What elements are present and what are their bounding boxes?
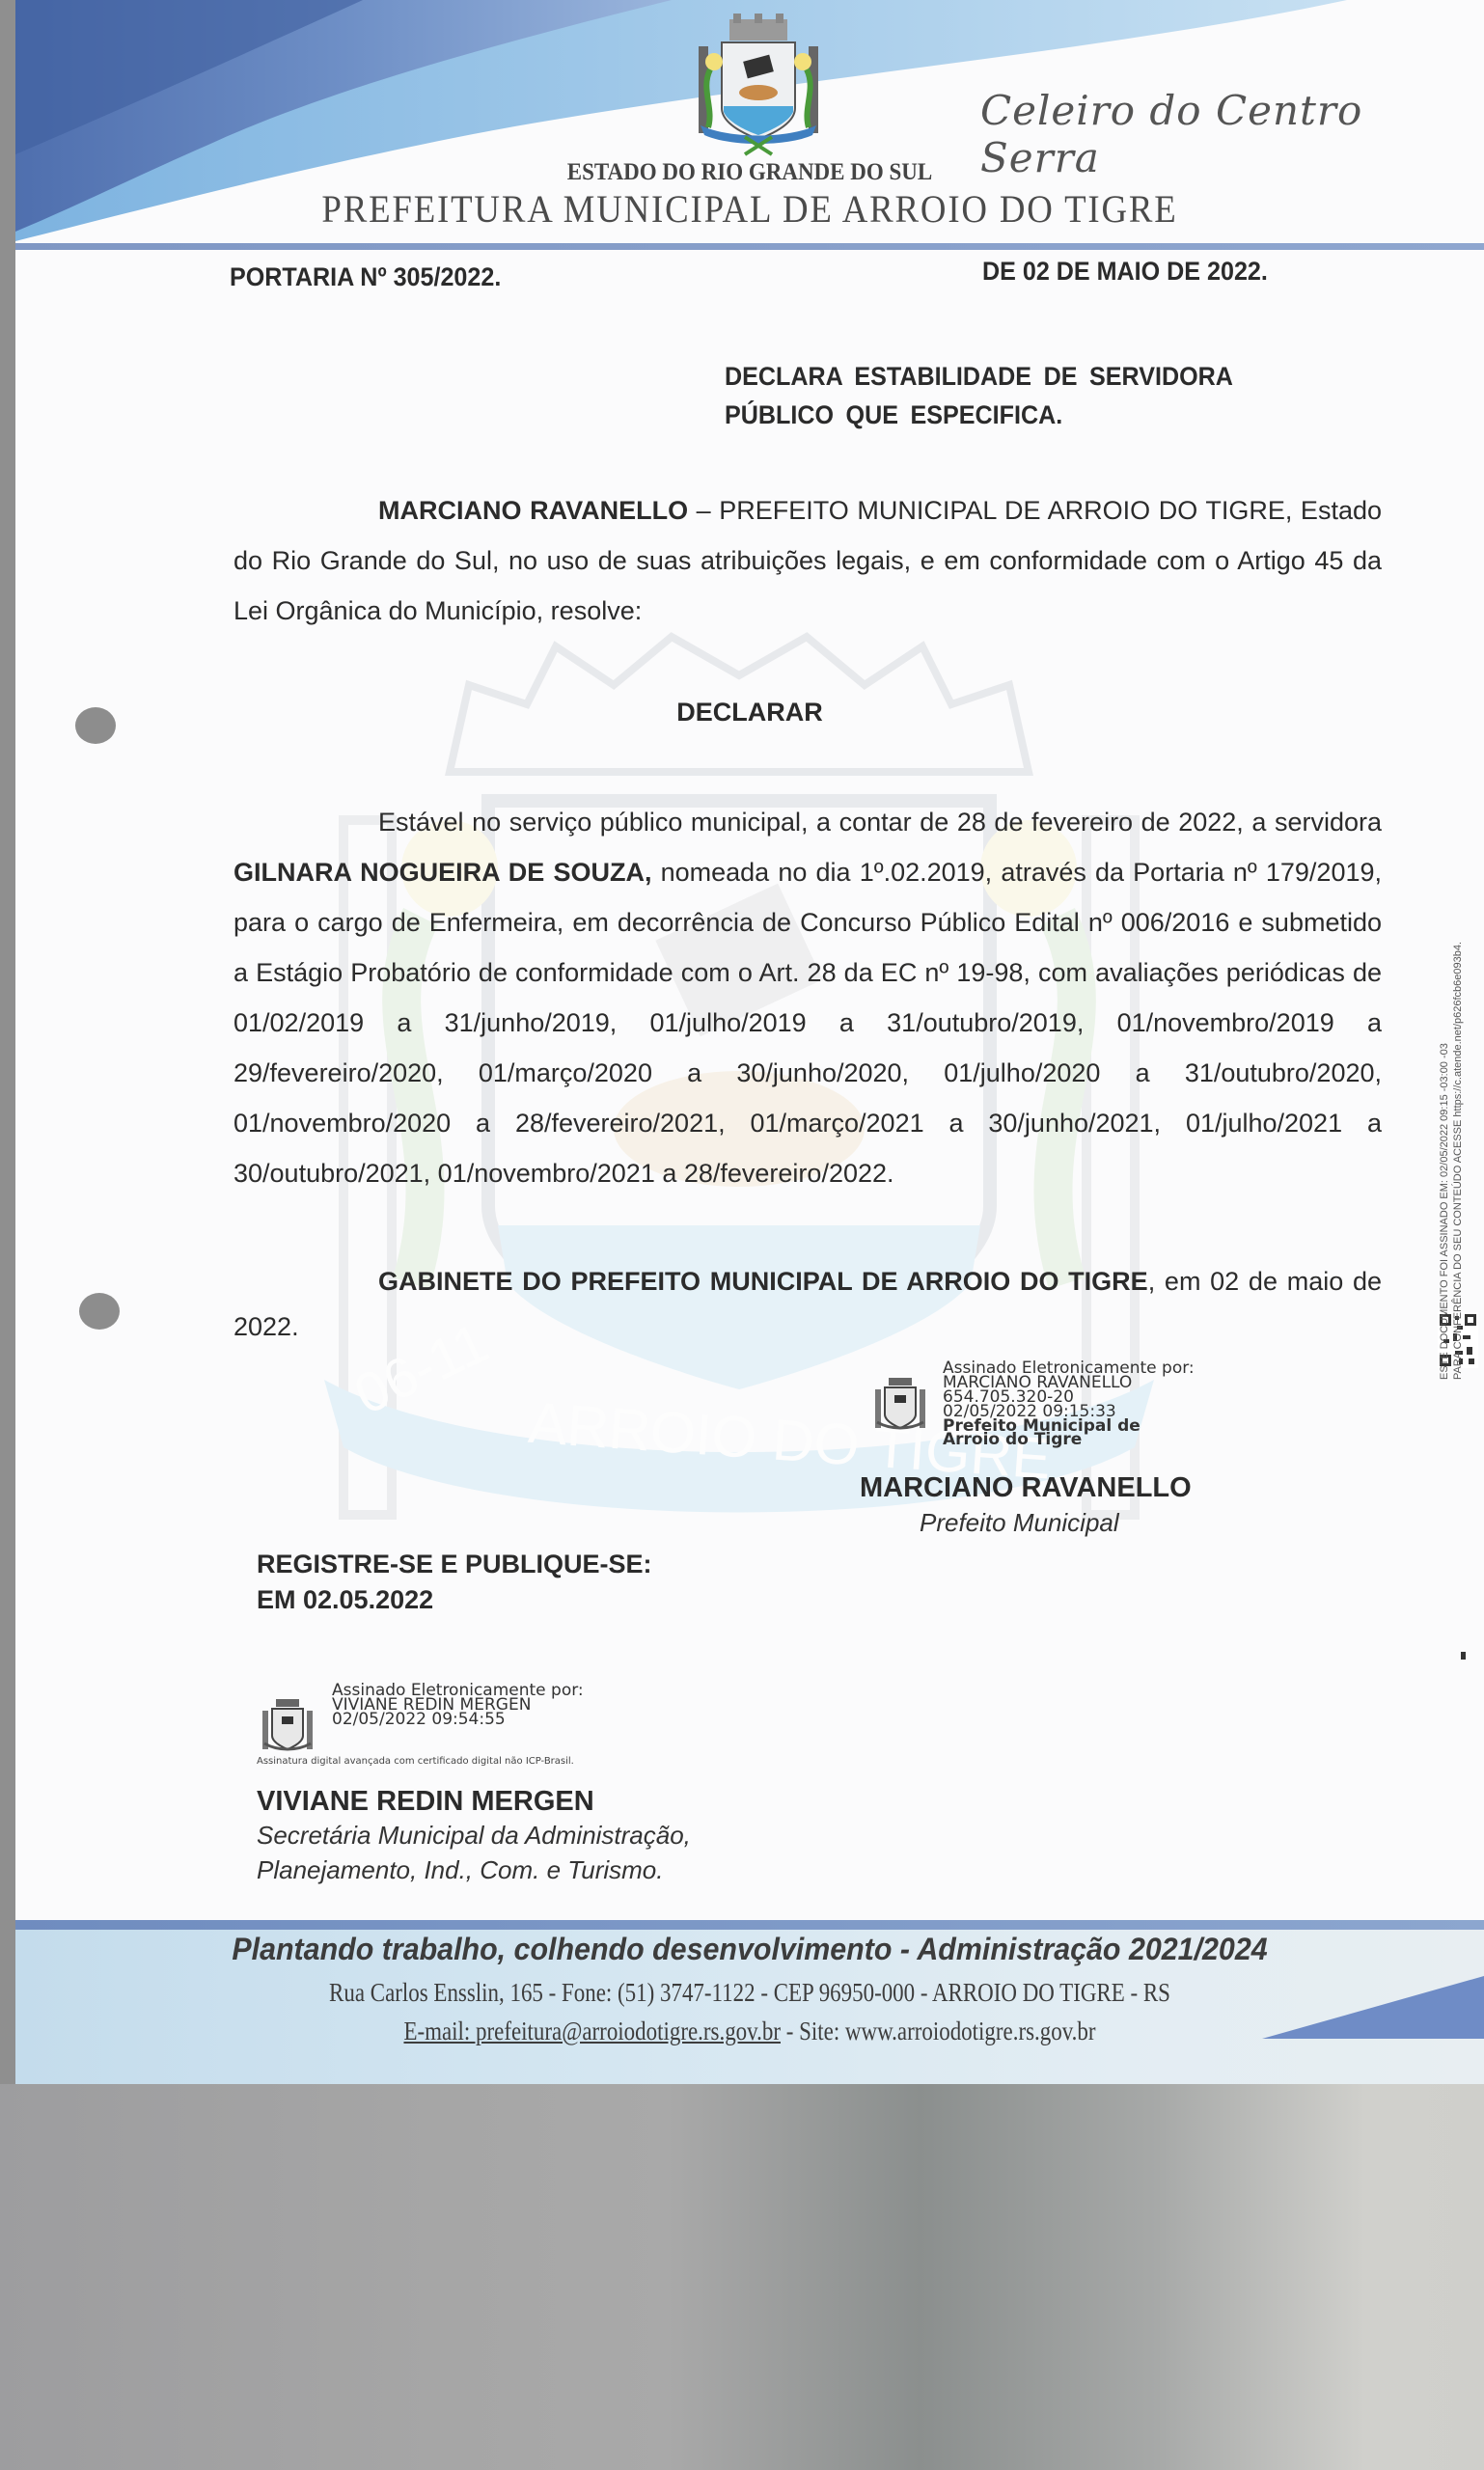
seal-icon [259,1697,316,1755]
scan-edge [0,0,15,2084]
mayor-name: MARCIANO RAVANELLO [378,496,688,525]
header-rule [15,243,1484,250]
secretary-role-line1: Secretária Municipal da Administração, [257,1821,691,1851]
punch-hole-bottom [79,1293,120,1330]
mayor-esign-role2: Arroio do Tigre [943,1430,1082,1449]
secretary-esign-timestamp: 02/05/2022 09:54:55 [332,1713,506,1727]
punch-hole-top [75,707,116,744]
header-institution: PREFEITURA MUNICIPAL DE ARROIO DO TIGRE [74,186,1425,232]
secretary-role-line2: Planejamento, Ind., Com. e Turismo. [257,1855,663,1885]
register-line1: REGISTRE-SE E PUBLIQUE-SE: [257,1547,652,1582]
header-state: ESTADO DO RIO GRANDE DO SUL [74,159,1425,186]
employee-name: GILNARA NOGUEIRA DE SOUZA, [234,858,651,887]
seal-icon [871,1376,929,1434]
closing-paragraph: GABINETE DO PREFEITO MUNICIPAL DE ARROIO… [234,1259,1382,1350]
portaria-summary: DECLARA ESTABILIDADE DE SERVIDORA PÚBLIC… [725,357,1344,434]
coat-of-arms-logo [681,12,836,156]
secretary-esign-note: Assinatura digital avançada com certific… [257,1755,623,1768]
action-heading: DECLARAR [15,698,1484,727]
portaria-date: DE 02 DE MAIO DE 2022. [982,257,1268,287]
footer-contact: E-mail: prefeitura@arroiodotigre.rs.gov.… [125,2017,1374,2046]
main-paragraph: Estável no serviço público municipal, a … [234,797,1382,1198]
mayor-signature-role: Prefeito Municipal [920,1508,1119,1538]
register-block: REGISTRE-SE E PUBLIQUE-SE: EM 02.05.2022 [257,1547,652,1618]
document-page: Celeiro do Centro Serra ESTADO DO RIO GR… [15,0,1484,2084]
register-date: EM 02.05.2022 [257,1582,652,1618]
verification-stamp: ESTE DOCUMENTO FOI ASSINADO EM: 02/05/20… [1438,942,1465,1380]
footer-rule [15,1920,1484,1930]
secretary-signature-name: VIVIANE REDIN MERGEN [257,1786,594,1818]
verification-line2: PARA CONFERÊNCIA DO SEU CONTEÚDO ACESSE … [1451,942,1465,1380]
main-text-part2: nomeada no dia 1º.02.2019, através da Po… [234,858,1382,1188]
closing-office: GABINETE DO PREFEITO MUNICIPAL DE ARROIO… [378,1267,1148,1296]
footer-site: - Site: www.arroiodotigre.rs.gov.br [781,2017,1096,2045]
footer-email-link[interactable]: E-mail: prefeitura@arroiodotigre.rs.gov.… [403,2017,781,2045]
footer-address: Rua Carlos Ensslin, 165 - Fone: (51) 374… [125,1978,1374,2008]
mayor-signature-name: MARCIANO RAVANELLO [860,1472,1192,1504]
preamble-paragraph: MARCIANO RAVANELLO – PREFEITO MUNICIPAL … [234,485,1382,636]
scan-speck [1461,1652,1466,1660]
verification-line1: ESTE DOCUMENTO FOI ASSINADO EM: 02/05/20… [1438,942,1451,1380]
main-text-part1: Estável no serviço público municipal, a … [378,808,1382,837]
portaria-number: PORTARIA Nº 305/2022. [230,262,501,292]
footer-slogan: Plantando trabalho, colhendo desenvolvim… [52,1932,1447,1967]
